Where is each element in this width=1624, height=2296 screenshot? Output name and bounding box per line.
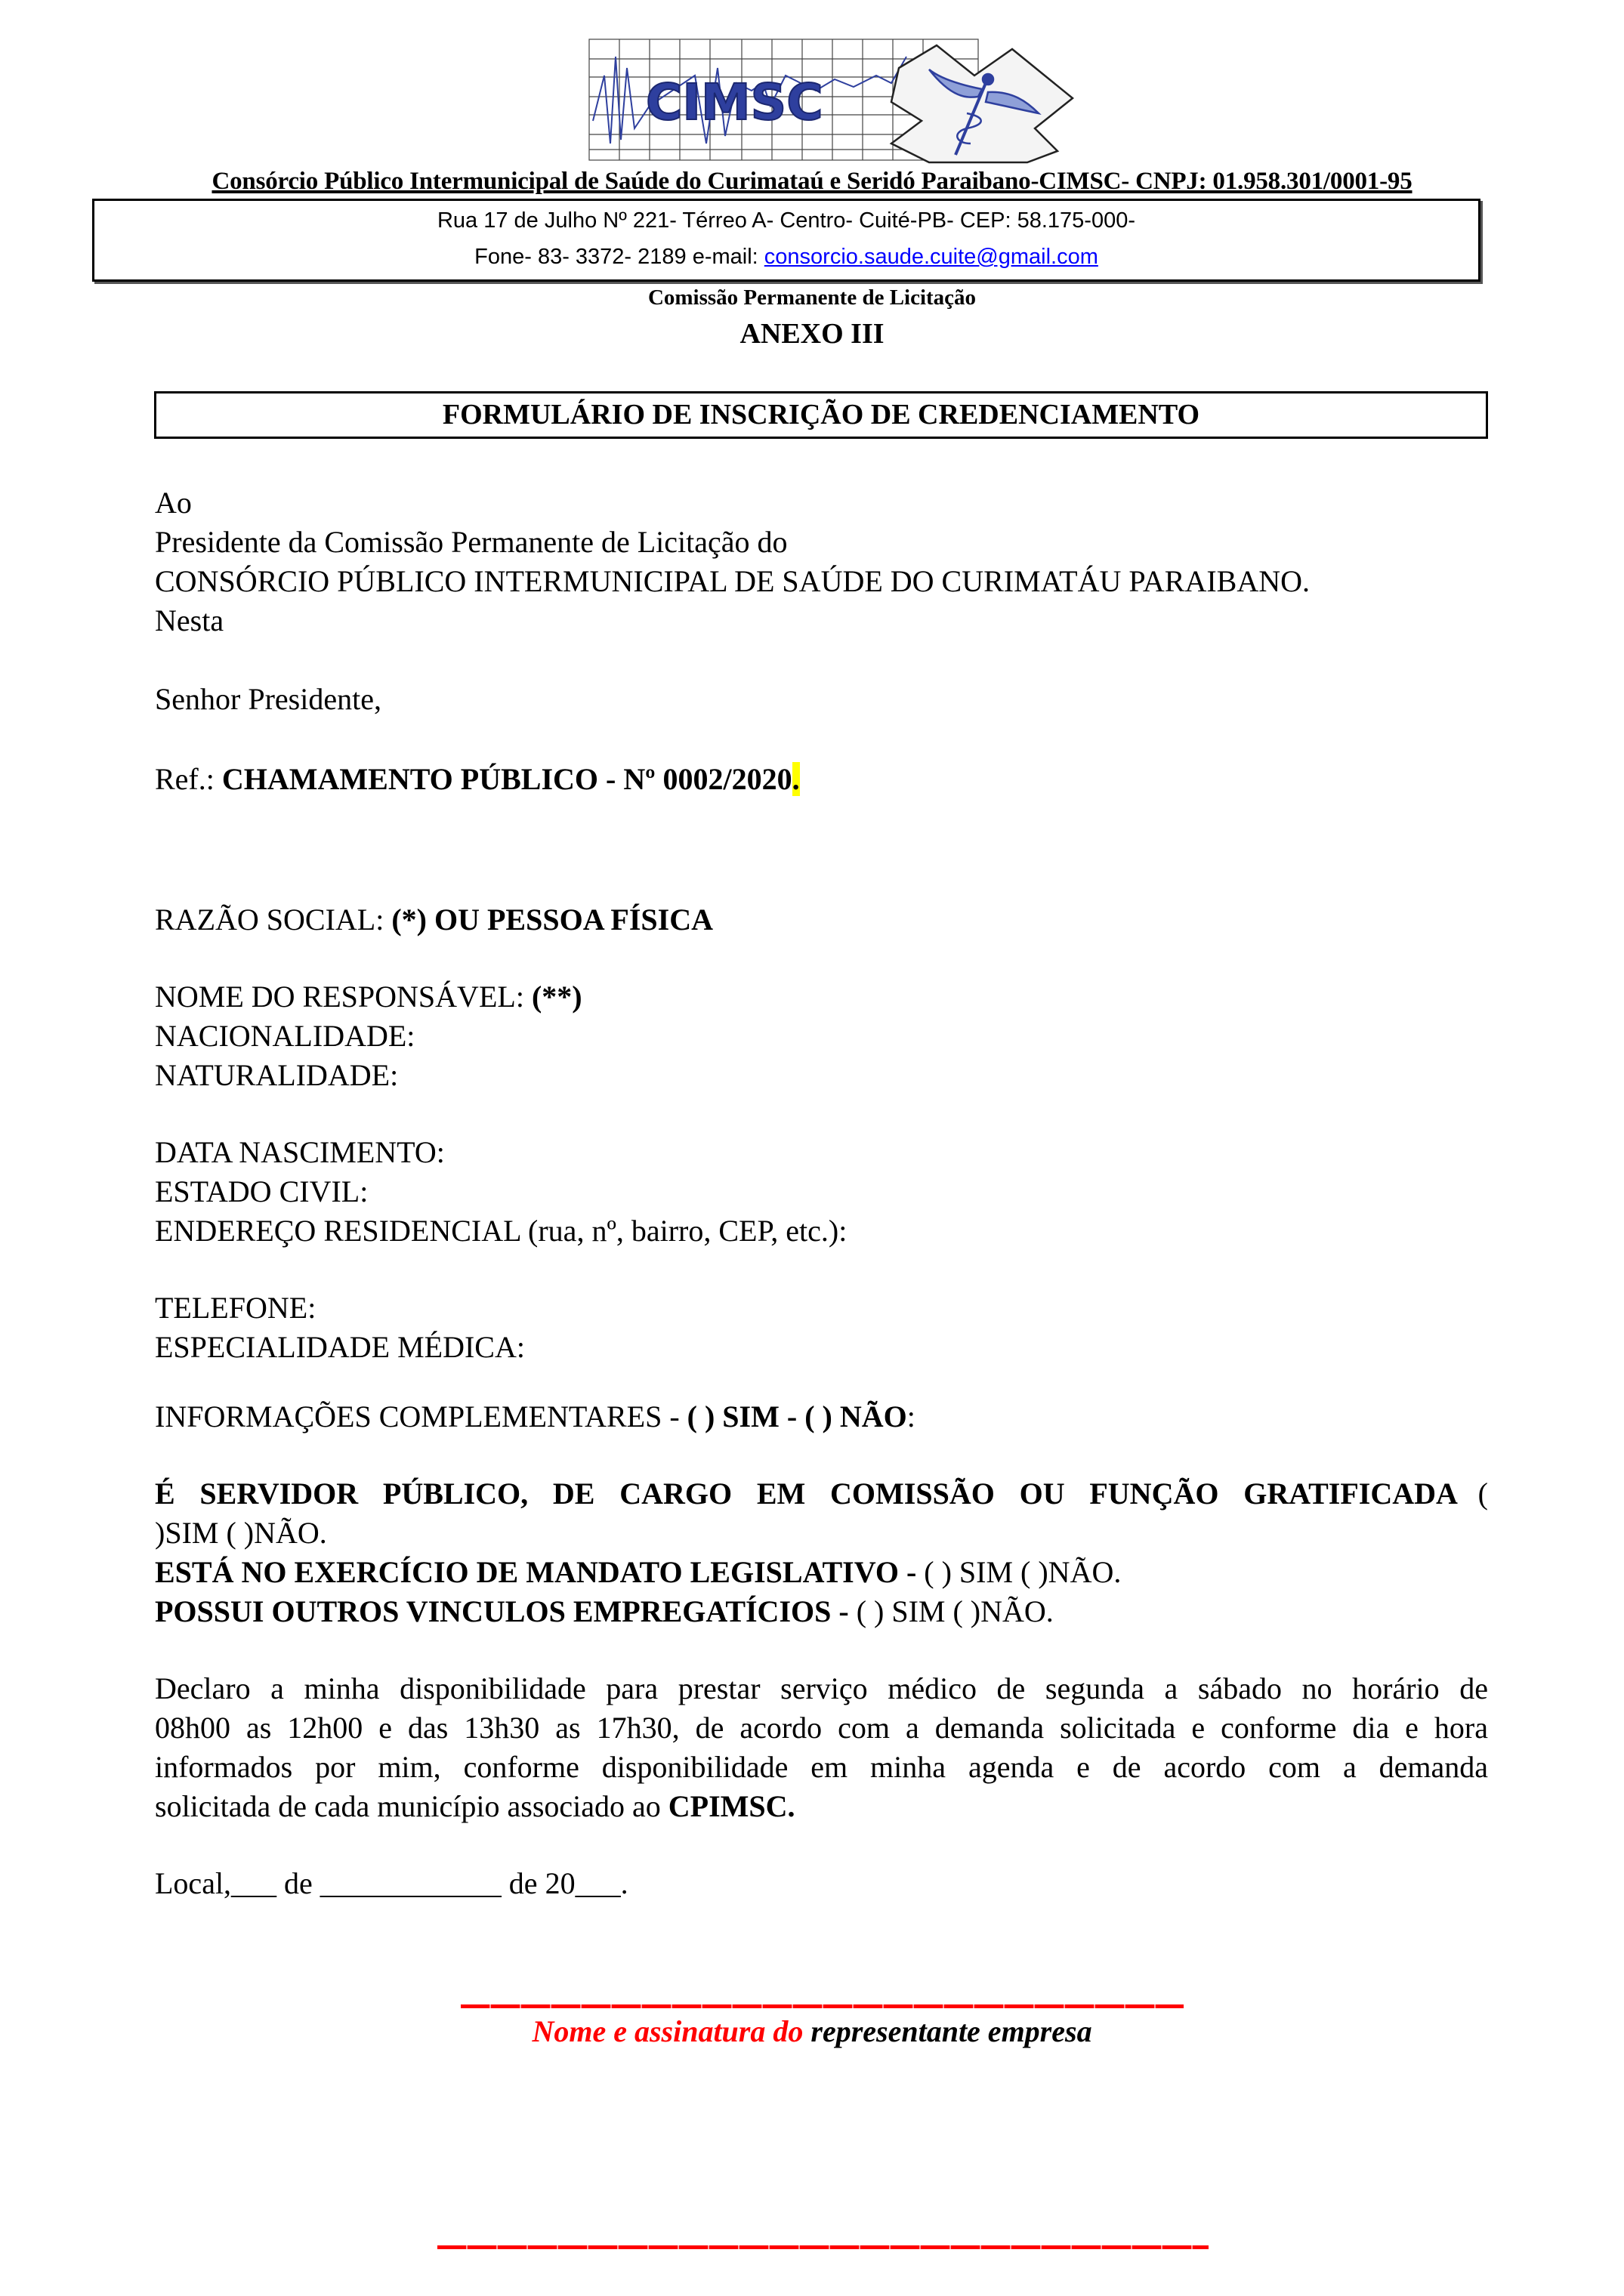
question-servidor-publico: É SERVIDOR PÚBLICO, DE CARGO EM COMISSÃO… — [155, 1474, 1488, 1553]
salutation: Senhor Presidente, — [155, 680, 381, 719]
declaration-paragraph: Declaro a minha disponibilidade para pre… — [155, 1669, 1488, 1826]
question-label-bold: POSSUI OUTROS VINCULOS EMPREGATÍCIOS - — [155, 1594, 857, 1628]
reference-line: Ref.: CHAMAMENTO PÚBLICO - Nº 0002/2020. — [155, 760, 800, 799]
commission-name: Comissão Permanente de Licitação — [0, 285, 1624, 310]
question-servidor-line-2[interactable]: )SIM ( )NÃO. — [155, 1514, 1488, 1553]
field-label: RAZÃO SOCIAL: — [155, 903, 391, 937]
question-servidor-line-1: É SERVIDOR PÚBLICO, DE CARGO EM COMISSÃO… — [155, 1474, 1488, 1514]
declaration-line-1: Declaro a minha disponibilidade para pre… — [155, 1669, 1488, 1708]
form-title: FORMULÁRIO DE INSCRIÇÃO DE CREDENCIAMENT… — [154, 391, 1488, 439]
question-vinculos: POSSUI OUTROS VINCULOS EMPREGATÍCIOS - (… — [155, 1592, 1054, 1631]
question-options[interactable]: ( ) SIM ( )NÃO. — [924, 1555, 1121, 1589]
field-data-nascimento: DATA NASCIMENTO: — [155, 1133, 445, 1172]
declaration-org: CPIMSC. — [668, 1789, 795, 1823]
question-info-complementares: INFORMAÇÕES COMPLEMENTARES - ( ) SIM - (… — [155, 1397, 915, 1437]
phone-text: Fone- 83- 3372- 2189 e-mail: — [474, 245, 764, 269]
declaration-line-2: 08h00 as 12h00 e das 13h30 as 17h30, de … — [155, 1708, 1488, 1748]
field-nome-responsavel: NOME DO RESPONSÁVEL: (**) — [155, 977, 582, 1017]
question-options[interactable]: ( ) SIM ( )NÃO. — [857, 1594, 1054, 1628]
email-link[interactable]: consorcio.saude.cuite@gmail.com — [764, 245, 1098, 269]
question-label-bold: É SERVIDOR PÚBLICO, DE CARGO EM COMISSÃO… — [155, 1477, 1458, 1511]
addressee-line-4: Nesta — [155, 601, 224, 640]
checkbox-nao[interactable]: ( ) — [804, 1400, 840, 1433]
signature-line[interactable] — [461, 2004, 1184, 2008]
addressee-line-1: Ao — [155, 483, 192, 523]
svg-text:CIMSC: CIMSC — [646, 73, 823, 131]
option-nao: NÃO — [840, 1400, 907, 1433]
field-especialidade: ESPECIALIDADE MÉDICA: — [155, 1328, 525, 1367]
question-label-bold: ESTÁ NO EXERCÍCIO DE MANDATO LEGISLATIVO… — [155, 1555, 924, 1589]
declaration-line-4: solicitada de cada município associado a… — [155, 1787, 1488, 1826]
punctuation: : — [907, 1400, 915, 1433]
addressee-line-2: Presidente da Comissão Permanente de Lic… — [155, 523, 788, 562]
annex-title: ANEXO III — [0, 317, 1624, 350]
field-telefone: TELEFONE: — [155, 1288, 316, 1328]
field-endereco: ENDEREÇO RESIDENCIAL (rua, nº, bairro, C… — [155, 1211, 847, 1251]
question-mandato: ESTÁ NO EXERCÍCIO DE MANDATO LEGISLATIVO… — [155, 1553, 1121, 1592]
address-box: Rua 17 de Julho Nº 221- Térreo A- Centro… — [92, 199, 1480, 282]
checkbox-open[interactable]: ( — [1458, 1477, 1488, 1511]
logo-graphic: CIMSC — [574, 30, 1088, 166]
address-line: Rua 17 de Julho Nº 221- Térreo A- Centro… — [94, 208, 1478, 233]
option-sim: SIM - — [722, 1400, 804, 1433]
signature-line-secondary[interactable] — [437, 2245, 1209, 2249]
field-naturalidade: NATURALIDADE: — [155, 1056, 398, 1095]
reference-highlight: . — [792, 762, 800, 796]
field-label-bold: (*) OU PESSOA FÍSICA — [391, 903, 713, 937]
signature-caption-red: Nome e assinatura do — [532, 2014, 803, 2048]
reference-prefix: Ref.: — [155, 762, 222, 796]
question-label: INFORMAÇÕES COMPLEMENTARES - — [155, 1400, 687, 1433]
field-razao-social: RAZÃO SOCIAL: (*) OU PESSOA FÍSICA — [155, 900, 713, 940]
place-date-line[interactable]: Local,___ de ____________ de 20___. — [155, 1864, 628, 1903]
contact-line: Fone- 83- 3372- 2189 e-mail: consorcio.s… — [94, 245, 1478, 270]
reference-value: CHAMAMENTO PÚBLICO - Nº 0002/2020 — [222, 762, 792, 796]
field-nacionalidade: NACIONALIDADE: — [155, 1017, 415, 1056]
declaration-text: solicitada de cada município associado a… — [155, 1789, 668, 1823]
organization-line: Consórcio Público Intermunicipal de Saúd… — [0, 168, 1624, 196]
field-estado-civil: ESTADO CIVIL: — [155, 1172, 368, 1211]
signature-caption-black: representante empresa — [803, 2014, 1091, 2048]
addressee-line-3: CONSÓRCIO PÚBLICO INTERMUNICIPAL DE SAÚD… — [155, 562, 1310, 601]
signature-caption: Nome e assinatura do representante empre… — [0, 2014, 1624, 2049]
cimsc-logo: CIMSC — [574, 30, 1088, 166]
declaration-line-3: informados por mim, conforme disponibili… — [155, 1748, 1488, 1787]
field-label: NOME DO RESPONSÁVEL: — [155, 980, 532, 1014]
checkbox-sim[interactable]: ( ) — [687, 1400, 723, 1433]
field-label-bold: (**) — [532, 980, 582, 1014]
